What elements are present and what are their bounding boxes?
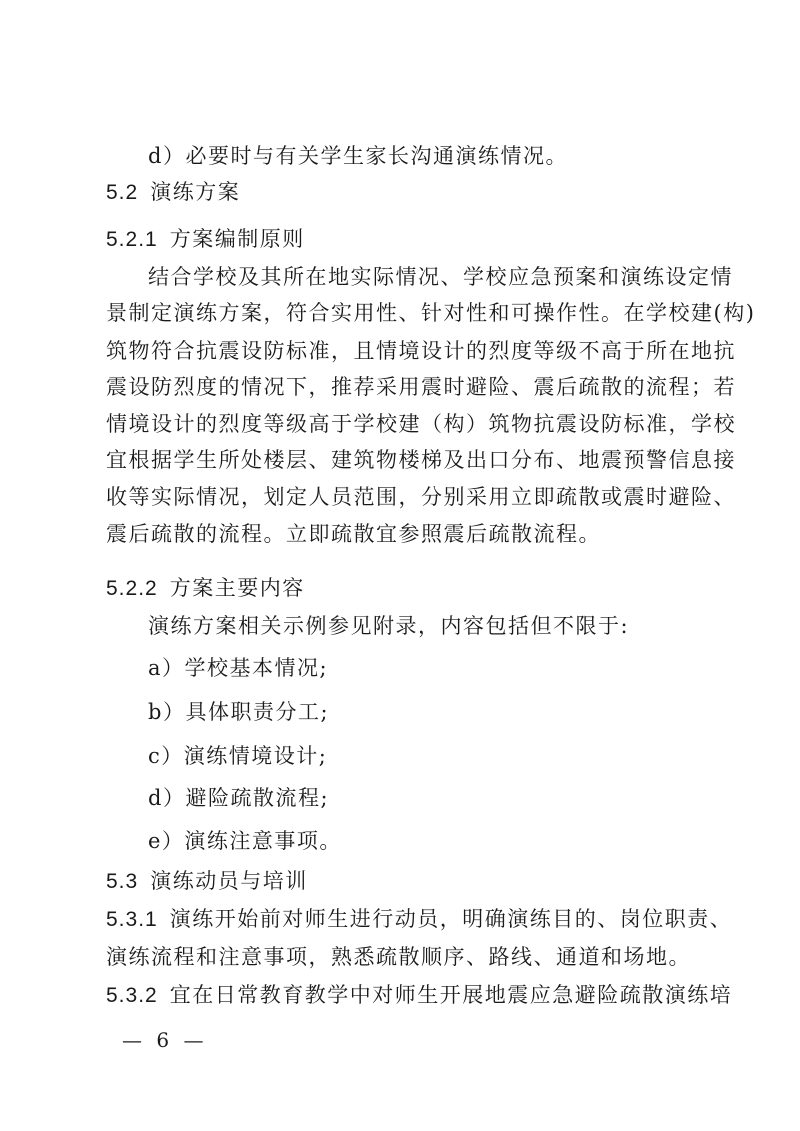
- clause-text: 演练开始前对师生进行动员，明确演练目的、岗位职责、: [170, 904, 733, 934]
- clause-number: 5.3.2: [106, 981, 158, 1011]
- document-page: d）必要时与有关学生家长沟通演练情况。 5.2演练方案 5.2.1方案编制原则 …: [0, 0, 800, 1131]
- section-heading-5-2-2: 5.2.2方案主要内容: [106, 573, 696, 604]
- section-title: 演练方案: [150, 177, 240, 207]
- numbered-paragraph-5-3-1: 5.3.1演练开始前对师生进行动员，明确演练目的、岗位职责、: [106, 904, 696, 935]
- paragraph-line: 震后疏散的流程。立即疏散宜参照震后疏散流程。: [106, 519, 696, 549]
- paragraph-line: 宜根据学生所处楼层、建筑物楼梯及出口分布、地震预警信息接: [106, 445, 696, 475]
- section-heading-5-2: 5.2演练方案: [106, 177, 696, 208]
- page-number: — 6 —: [122, 1026, 207, 1054]
- list-item-a: a）学校基本情况;: [148, 653, 696, 683]
- paragraph-line: 收等实际情况，划定人员范围，分别采用立即疏散或震时避险、: [106, 482, 696, 512]
- section-number: 5.3: [106, 867, 138, 897]
- list-item-d: d）避险疏散流程;: [148, 783, 696, 813]
- section-heading-5-2-1: 5.2.1方案编制原则: [106, 224, 696, 255]
- section-number: 5.2.1: [106, 225, 158, 255]
- paragraph-line: 震设防烈度的情况下，推荐采用震时避险、震后疏散的流程；若: [106, 372, 696, 402]
- section-title: 方案编制原则: [170, 224, 305, 254]
- list-item-e: e）演练注意事项。: [148, 826, 696, 856]
- paragraph-line: 结合学校及其所在地实际情况、学校应急预案和演练设定情: [148, 262, 696, 292]
- list-item-c: c）演练情境设计;: [148, 741, 696, 771]
- section-heading-5-3: 5.3演练动员与培训: [106, 866, 696, 897]
- paragraph-line: 演练方案相关示例参见附录，内容包括但不限于:: [148, 611, 696, 641]
- list-item-b: b）具体职责分工;: [148, 697, 696, 727]
- paragraph-line: 情境设计的烈度等级高于学校建（构）筑物抗震设防标准，学校: [106, 409, 696, 439]
- paragraph-line: 筑物符合抗震设防标准，且情境设计的烈度等级不高于所在地抗: [106, 336, 696, 366]
- section-title: 演练动员与培训: [150, 866, 308, 896]
- clause-text: 宜在日常教育教学中对师生开展地震应急避险疏散演练培: [170, 980, 733, 1010]
- paragraph-line: 景制定演练方案，符合实用性、针对性和可操作性。在学校建(构): [106, 298, 696, 328]
- list-item-d-communicate-parents: d）必要时与有关学生家长沟通演练情况。: [148, 141, 696, 171]
- section-number: 5.2: [106, 178, 138, 208]
- clause-number: 5.3.1: [106, 905, 158, 935]
- numbered-paragraph-5-3-2: 5.3.2宜在日常教育教学中对师生开展地震应急避险疏散演练培: [106, 980, 696, 1011]
- section-number: 5.2.2: [106, 574, 158, 604]
- section-title: 方案主要内容: [170, 573, 305, 603]
- paragraph-line: 演练流程和注意事项，熟悉疏散顺序、路线、通道和场地。: [106, 942, 696, 972]
